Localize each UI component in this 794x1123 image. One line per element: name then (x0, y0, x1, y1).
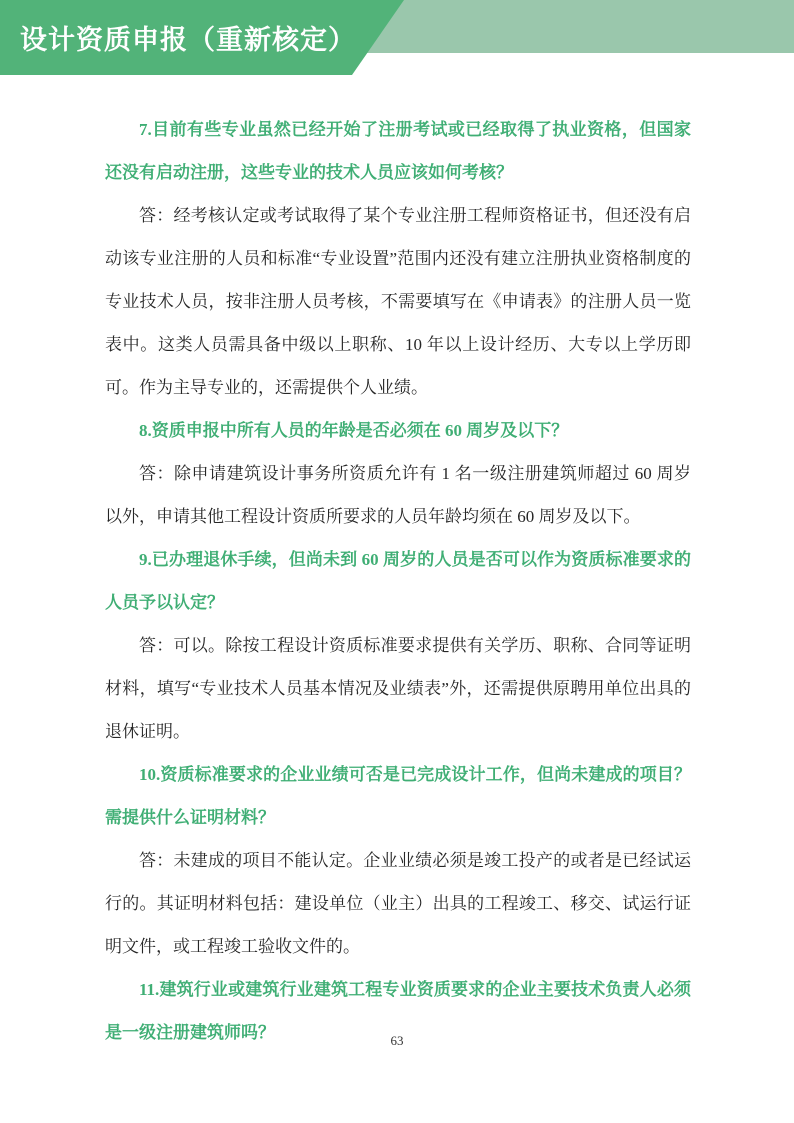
answer-paragraph: 答：未建成的项目不能认定。企业业绩必须是竣工投产的或者是已经试运行的。其证明材料… (105, 839, 691, 968)
question-paragraph: 7.目前有些专业虽然已经开始了注册考试或已经取得了执业资格，但国家还没有启动注册… (105, 108, 691, 194)
question-paragraph: 9.已办理退休手续，但尚未到 60 周岁的人员是否可以作为资质标准要求的人员予以… (105, 538, 691, 624)
question-paragraph: 8.资质申报中所有人员的年龄是否必须在 60 周岁及以下？ (105, 409, 691, 452)
answer-paragraph: 答：经考核认定或考试取得了某个专业注册工程师资格证书，但还没有启动该专业注册的人… (105, 194, 691, 409)
page-title: 设计资质申报（重新核定） (20, 18, 356, 57)
header-banner: 设计资质申报（重新核定） (0, 0, 404, 75)
question-paragraph: 10.资质标准要求的企业业绩可否是已完成设计工作，但尚未建成的项目？需提供什么证… (105, 753, 691, 839)
document-body: 7.目前有些专业虽然已经开始了注册考试或已经取得了执业资格，但国家还没有启动注册… (105, 108, 691, 1054)
document-page: 设计资质申报（重新核定） 7.目前有些专业虽然已经开始了注册考试或已经取得了执业… (0, 0, 794, 1123)
answer-paragraph: 答：除申请建筑设计事务所资质允许有 1 名一级注册建筑师超过 60 周岁以外，申… (105, 452, 691, 538)
answer-paragraph: 答：可以。除按工程设计资质标准要求提供有关学历、职称、合同等证明材料，填写“专业… (105, 624, 691, 753)
page-number: 63 (0, 1033, 794, 1049)
